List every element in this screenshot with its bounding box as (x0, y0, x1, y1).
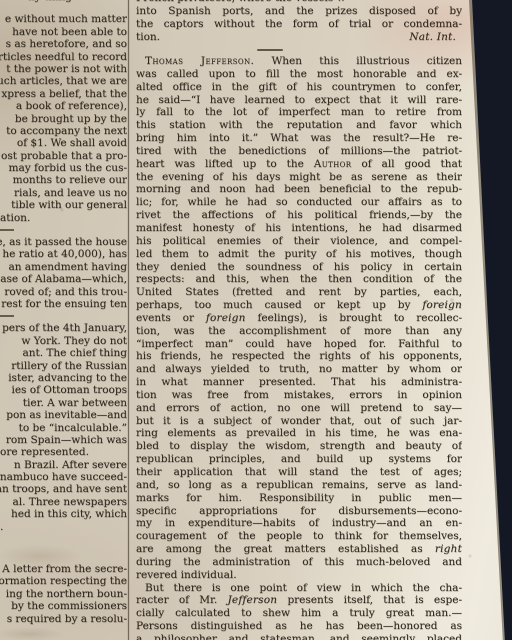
text-line: are among the great matters established … (136, 543, 462, 556)
text-line: manifest honesty of his intentions, he h… (136, 222, 462, 235)
text-line: uch articles, that we are (0, 75, 127, 87)
text-line: ore represented. (0, 446, 127, 458)
text-line: an troops, and have sent (0, 483, 127, 495)
text-line: heart was lifted up to the Author of all… (136, 158, 462, 171)
text-line: and errors of action, no one will preten… (136, 402, 462, 415)
text-line: rest for the ensuing ten (0, 298, 127, 310)
text-line: rtillery of the Russian (0, 360, 127, 372)
text-line: republican principles, and build up syst… (136, 453, 462, 466)
text-line: months to relieve our (0, 174, 127, 186)
text-line: my in expenditure—habits of industry—and… (136, 517, 462, 530)
text-line: s required by a resolu- (0, 613, 127, 625)
text-line: ant. The chief thing (0, 347, 127, 359)
text-line: bring him into it.” What was the result?… (136, 132, 462, 145)
text-line: to be “incalculable.” (0, 422, 127, 434)
text-line: they denied the soundness of his policy … (136, 261, 462, 274)
text-line: the evening of his days might be as sere… (136, 171, 462, 184)
text-line: pon as inevitable—and (0, 409, 127, 421)
text-line: and, so long as a republican remains, se… (136, 479, 462, 492)
text-line: be brought up by the (0, 113, 127, 125)
text-line: to accompany the next (0, 125, 127, 137)
main-column: French privateers, where the vessels win… (136, 0, 462, 640)
source-credit: Nat. Int. (409, 31, 456, 44)
text-line: an amendment having (0, 261, 127, 273)
text-line: ly fall to the lot of imperfect man to r… (136, 106, 462, 119)
paragraph-gap (0, 533, 127, 563)
text-line: A letter from the secre- (0, 563, 127, 575)
text-line: bled to display the wisdom, strength and… (136, 440, 462, 453)
text-line: Thomas Jefferson. When this illustrious … (136, 55, 462, 68)
separator-rule (0, 224, 127, 236)
text-line: tion, was the accomplishment of more tha… (136, 325, 462, 338)
text-line: ost probable that a pro- (0, 150, 127, 162)
text-line: cially calculated to shew him a truly gr… (136, 607, 462, 620)
text-line: ister, advancing to the (0, 372, 127, 384)
paragraph: French privateers, where the vessels win… (136, 0, 462, 44)
text-line: w York. They do not (0, 335, 127, 347)
text-line: But there is one point of view in which … (136, 582, 462, 595)
text-line: United States (fretted and rent by parti… (136, 286, 462, 299)
text-line: t the power is not with (0, 63, 127, 75)
text-line: specific appropriations for disbursement… (136, 505, 462, 518)
text-line: tired with the benedictions of millions—… (136, 145, 462, 158)
column-divider-rule (128, 0, 129, 640)
text-line: French privateers, where the vessels w (136, 0, 462, 5)
text-line: pers of the 4th January, (0, 322, 127, 334)
text-line: e, as it passed the house (0, 236, 127, 248)
text-line: into Spanish ports, and the prizes dispo… (136, 5, 462, 18)
text-line: al. Three newspapers (0, 496, 127, 508)
text-line: rials, and leave us no (0, 187, 127, 199)
text-line: rnambuco have succeed- (0, 471, 127, 483)
text-line: the captors without the form of trial or… (136, 18, 462, 31)
text-line: e without much matter (0, 13, 127, 25)
separator-dash (0, 315, 14, 317)
text-line: tier. A war between (0, 397, 127, 409)
text-line: tion was free from mistakes, errors in o… (136, 389, 462, 402)
text-line: ring elements as prevailed in his time, … (136, 427, 462, 440)
text-line: xpress a belief, that the (0, 88, 127, 100)
text-line: perhaps, too much caused or kept up by f… (136, 299, 462, 312)
text-line: tible with our general (0, 199, 127, 211)
text-line: alted office in the gift of his countrym… (136, 81, 462, 94)
text-line: morning and noon had been beneficial to … (136, 183, 462, 196)
text-line: by the commissioners (0, 600, 127, 612)
text-line: hed in this city, which (0, 508, 127, 520)
text-line: ormation respecting the (0, 575, 127, 587)
text-line: s as heretofore, and so (0, 38, 127, 50)
left-column-cutoff: ny thinge without much matterhave not be… (0, 0, 127, 640)
text-line: revered individual. (136, 569, 462, 582)
text-line-with-credit: tion.Nat. Int. (136, 31, 462, 44)
text-line: ing the northern boun- (0, 588, 127, 600)
separator-dash (0, 229, 14, 231)
text-line: roved of; and this trou- (0, 286, 127, 298)
text-line: his political enemies of their violence,… (136, 235, 462, 248)
text-line: was called upon to fill the most honorab… (136, 68, 462, 81)
text-line: this station with the reputation and fav… (136, 119, 462, 132)
text-line: of $1. We shall avoid (0, 137, 127, 149)
text-line: ase of Alabama—which, (0, 273, 127, 285)
text-line: their application that will stand the te… (136, 466, 462, 479)
paragraph: Thomas Jefferson. When this illustrious … (136, 55, 462, 582)
text-line: during the administration of this much-b… (136, 556, 462, 569)
text-line: he said—“I have learned to expect that i… (136, 94, 462, 107)
text-line: rivet the affections of his political fr… (136, 209, 462, 222)
text-line: his friends, he respected the rights of … (136, 350, 462, 363)
newspaper-photo: ny thinge without much matterhave not be… (0, 0, 512, 640)
text-line: have not been able to (0, 26, 127, 38)
line-text: tion. (136, 31, 160, 44)
paragraph: But there is one point of view in which … (136, 582, 462, 640)
text-line: racter of Mr. Jefferson presents itself,… (136, 594, 462, 607)
text-line: couragement of the people to think for t… (136, 530, 462, 543)
text-line: ies of Ottoman troops (0, 384, 127, 396)
text-line: and always yielded to truth, no matter b… (136, 363, 462, 376)
text-line: rticles needful to record (0, 51, 127, 63)
text-line: may forbid us the cus- (0, 162, 127, 174)
text-line: a book of reference), (0, 100, 127, 112)
clipped-top-line: ny thing (0, 0, 127, 3)
text-line: respects: and this, when the then condit… (136, 273, 462, 286)
text-line: in what manner presented. That his admin… (136, 376, 462, 389)
text-line: . (0, 521, 127, 533)
article-separator-rule (257, 49, 283, 51)
text-line: events or foreign feelings), is brought … (136, 312, 462, 325)
text-line: marks for him. Responsibility in public … (136, 492, 462, 505)
separator-rule (0, 310, 127, 322)
text-line: but it is a subject of wonder that, out … (136, 415, 462, 428)
text-line: lic; for, while he had so conducted our … (136, 196, 462, 209)
text-line: ation. (0, 212, 127, 224)
text-line: rom Spain—which was (0, 434, 127, 446)
text-line: a philosopher and statesman, and seeming… (136, 633, 462, 640)
text-line: Persons distinguished as he has been—hon… (136, 620, 462, 633)
text-line: led them to admit the purity of his moti… (136, 248, 462, 261)
text-line: n Brazil. After severe (0, 459, 127, 471)
text-line: he ratio at 40,000), has (0, 248, 127, 260)
text-line: “imperfect man” could have hoped for. Fa… (136, 338, 462, 351)
